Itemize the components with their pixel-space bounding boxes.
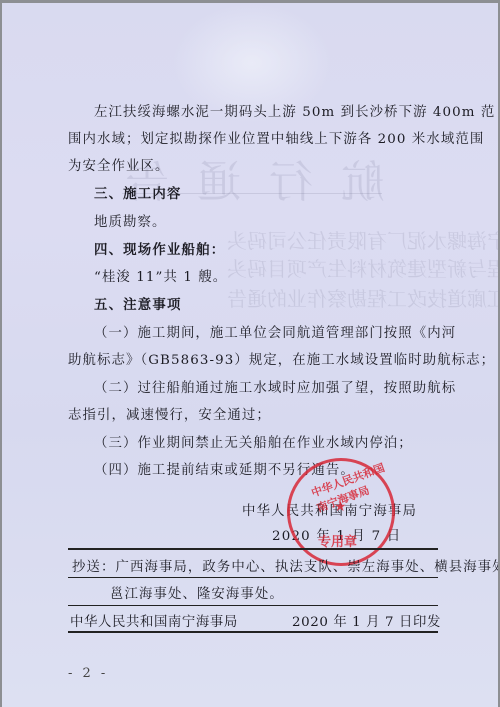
note-item-2-cont: 志指引，减速慢行，安全通过； — [2, 404, 498, 423]
section-heading-vessel: 四、现场作业船舶： — [2, 239, 498, 258]
page-number: - 2 - — [68, 666, 108, 681]
note-item-1-cont: 助航标志》（GB5863-93）规定，在施工水域设置临时助航标志； — [2, 349, 498, 368]
footer-bottom-rule — [68, 631, 438, 633]
note-item-1: （一）施工期间，施工单位会同航道管理部门按照《内河 — [2, 322, 498, 341]
note-item-4: （四）施工提前结束或延期不另行通告。 — [2, 459, 498, 478]
body-paragraph-line: 为安全作业区。 — [2, 155, 498, 174]
body-paragraph-line: 左江扶绥海螺水泥一期码头上游 50m 到长沙桥下游 400m 范 — [2, 101, 498, 120]
section-heading-content: 三、施工内容 — [2, 183, 498, 202]
section-heading-notes: 五、注意事项 — [2, 294, 498, 313]
footer-print-date: 2020 年 1 月 7 日印发 — [292, 611, 441, 630]
document-page: 航行通告 关于新宁海螺水泥厂有限责任公司码头 二期工程与新型建筑材料生产项目码头… — [2, 3, 498, 707]
note-item-3: （三）作业期间禁止无关船舶在作业水域内停泊； — [2, 432, 498, 451]
body-paragraph-line: 围内水域；划定拟勘探作业位置中轴线上下游各 200 米水域范围 — [2, 128, 498, 147]
footer-top-rule — [68, 605, 438, 606]
section-text-vessel: “桂浚 11”共 1 艘。 — [2, 266, 498, 285]
seal-star-icon: ★ — [334, 499, 347, 515]
cc-mid-rule — [68, 577, 438, 578]
note-item-2: （二）过往船舶通过施工水域时应加强了望，按照助航标 — [2, 377, 498, 396]
cc-top-rule — [68, 548, 438, 550]
section-text-content: 地质勘察。 — [2, 211, 498, 230]
cc-recipients-cont: 邕江海事处、隆安海事处。 — [110, 583, 284, 602]
footer-issuer: 中华人民共和国南宁海事局 — [70, 611, 238, 630]
cc-recipients: 抄送：广西海事局，政务中心、执法支队、崇左海事处、横县海事处、 — [72, 556, 498, 575]
seal-ring-text: 中华人民共和国南宁海事局 — [309, 458, 395, 515]
